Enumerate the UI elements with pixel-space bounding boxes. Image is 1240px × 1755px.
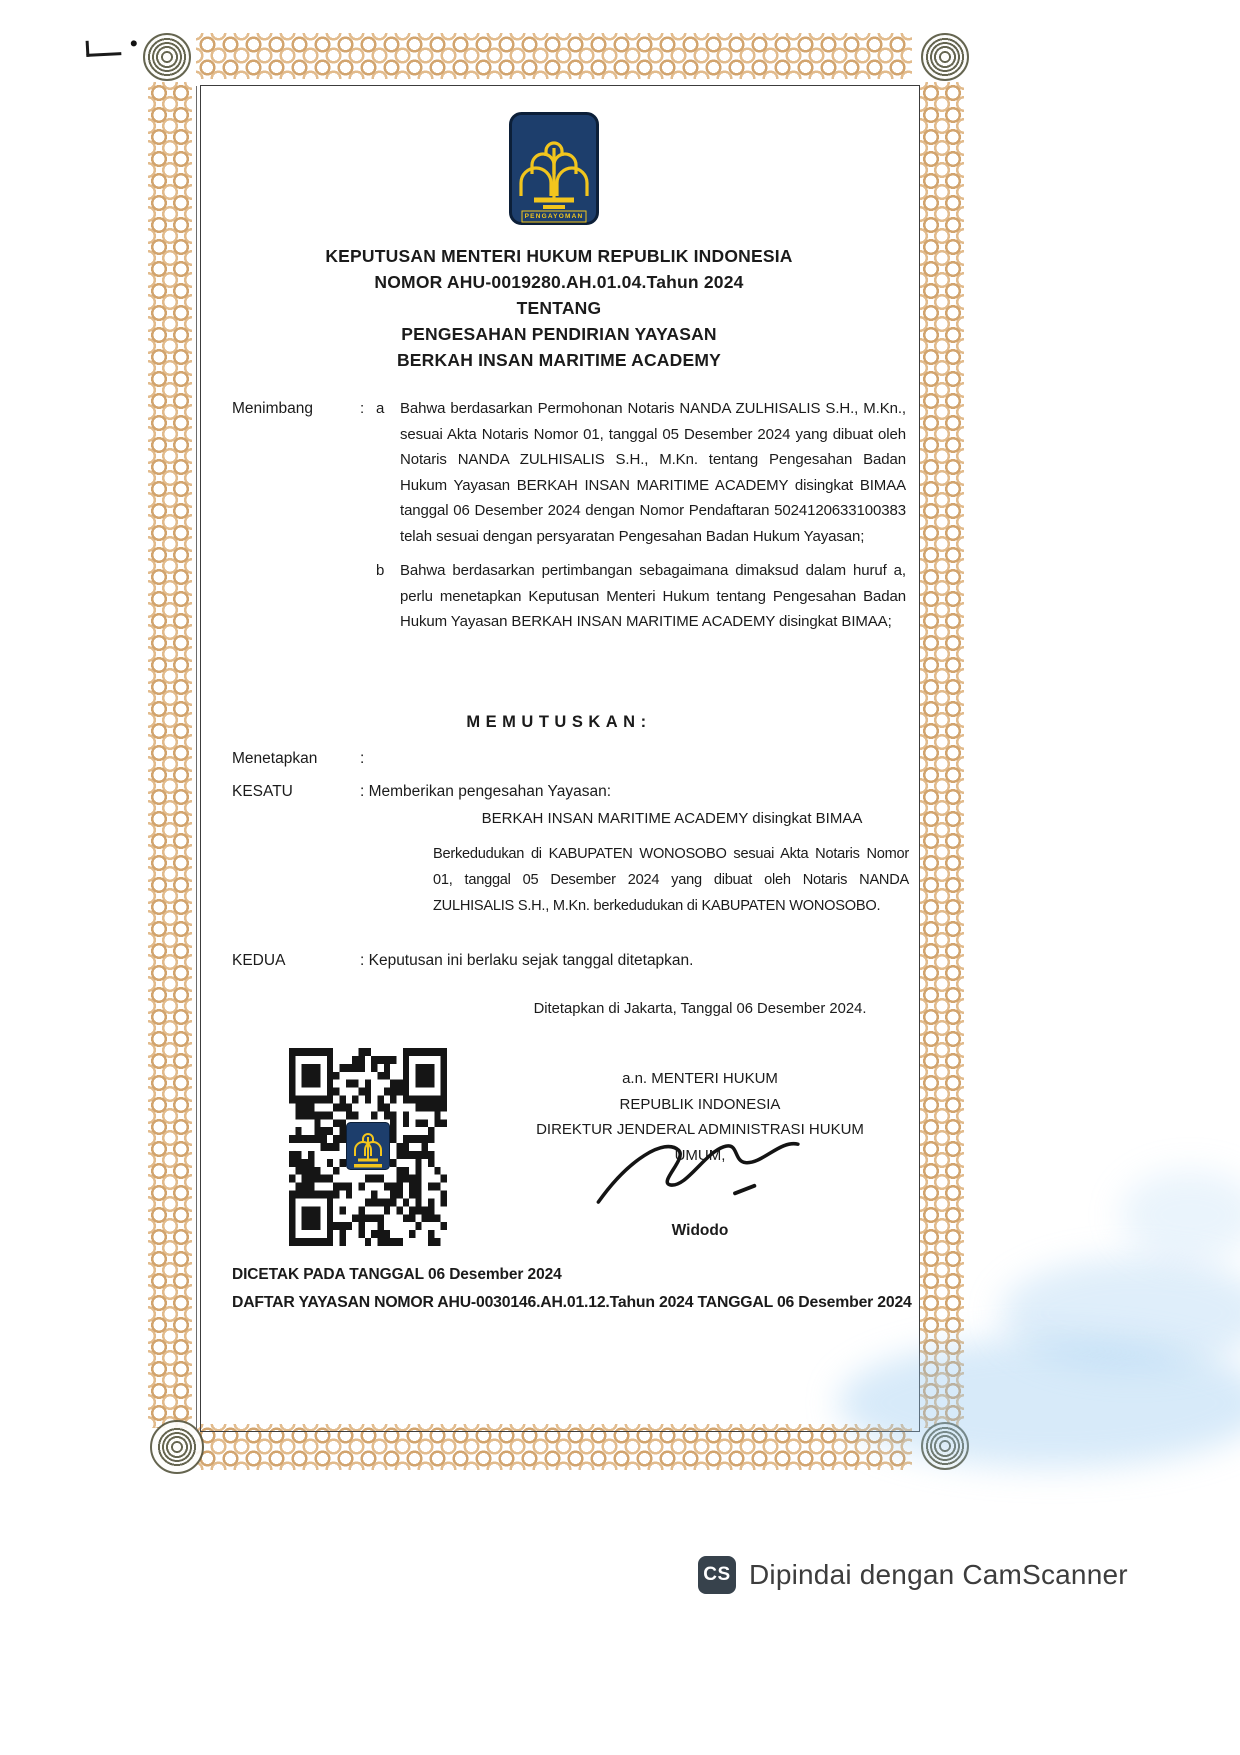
corner-ornament-bottom-right <box>921 1422 969 1470</box>
title-line-2: NOMOR AHU-0019280.AH.01.04.Tahun 2024 <box>200 269 918 295</box>
border-ornament-top <box>196 33 912 79</box>
kedua-value: : Keputusan ini berlaku sejak tanggal di… <box>360 948 693 974</box>
border-ornament-left <box>148 82 192 1428</box>
kesatu-value: : Memberikan pengesahan Yayasan: <box>360 779 611 805</box>
logo-caption: PENGAYOMAN <box>522 212 586 222</box>
scan-stain <box>1000 1258 1240 1368</box>
on-behalf-line-2: REPUBLIK INDONESIA <box>518 1092 882 1118</box>
title-line-4: PENGESAHAN PENDIRIAN YAYASAN <box>200 321 918 347</box>
title-line-1: KEPUTUSAN MENTERI HUKUM REPUBLIK INDONES… <box>200 243 918 269</box>
item-letter: a <box>376 396 400 549</box>
scan-stain <box>1120 1170 1240 1260</box>
item-letter: b <box>376 558 400 635</box>
item-colon: : <box>360 396 376 549</box>
menimbang-item-a: : a Bahwa berdasarkan Permohonan Notaris… <box>360 396 906 549</box>
pen-mark <box>86 39 122 57</box>
printed-date-line: DICETAK PADA TANGGAL 06 Desember 2024 <box>232 1266 562 1284</box>
corner-ornament-top-right <box>921 33 969 81</box>
item-colon <box>360 558 376 635</box>
pengayoman-logo-icon: PENGAYOMAN <box>509 112 599 225</box>
menimbang-label: Menimbang <box>232 396 313 422</box>
menimbang-item-b: b Bahwa berdasarkan pertimbangan sebagai… <box>360 558 906 635</box>
qr-center-logo-icon <box>346 1122 390 1170</box>
on-behalf-line-1: a.n. MENTERI HUKUM <box>518 1066 882 1092</box>
foundation-name-line: BERKAH INSAN MARITIME ACADEMY disingkat … <box>437 810 907 827</box>
title-line-3: TENTANG <box>200 295 918 321</box>
camscanner-footer: CS Dipindai dengan CamScanner <box>698 1556 1128 1594</box>
item-text: Bahwa berdasarkan Permohonan Notaris NAN… <box>400 396 906 549</box>
menimbang-items: : a Bahwa berdasarkan Permohonan Notaris… <box>360 396 906 635</box>
register-number-line: DAFTAR YAYASAN NOMOR AHU-0030146.AH.01.1… <box>232 1294 912 1312</box>
kesatu-paragraph: Berkedudukan di KABUPATEN WONOSOBO sesua… <box>433 841 909 919</box>
memutuskan-heading: MEMUTUSKAN: <box>200 713 918 732</box>
kedua-label: KEDUA <box>232 948 285 974</box>
border-ornament-right <box>920 82 964 1428</box>
item-text: Bahwa berdasarkan pertimbangan sebagaima… <box>400 558 906 635</box>
scanned-document-page: PENGAYOMAN KEPUTUSAN MENTERI HUKUM REPUB… <box>0 0 1240 1755</box>
signer-name: Widodo <box>518 1222 882 1240</box>
document-title: KEPUTUSAN MENTERI HUKUM REPUBLIK INDONES… <box>200 243 918 373</box>
menetapkan-value: : <box>360 746 364 772</box>
menetapkan-label: Menetapkan <box>232 746 317 772</box>
title-line-5: BERKAH INSAN MARITIME ACADEMY <box>200 347 918 373</box>
corner-ornament-top-left <box>143 33 191 81</box>
signature <box>587 1124 818 1220</box>
kesatu-label: KESATU <box>232 779 293 805</box>
place-date-line: Ditetapkan di Jakarta, Tanggal 06 Desemb… <box>518 1001 882 1017</box>
camscanner-icon: CS <box>698 1556 736 1594</box>
camscanner-text: Dipindai dengan CamScanner <box>749 1559 1128 1591</box>
